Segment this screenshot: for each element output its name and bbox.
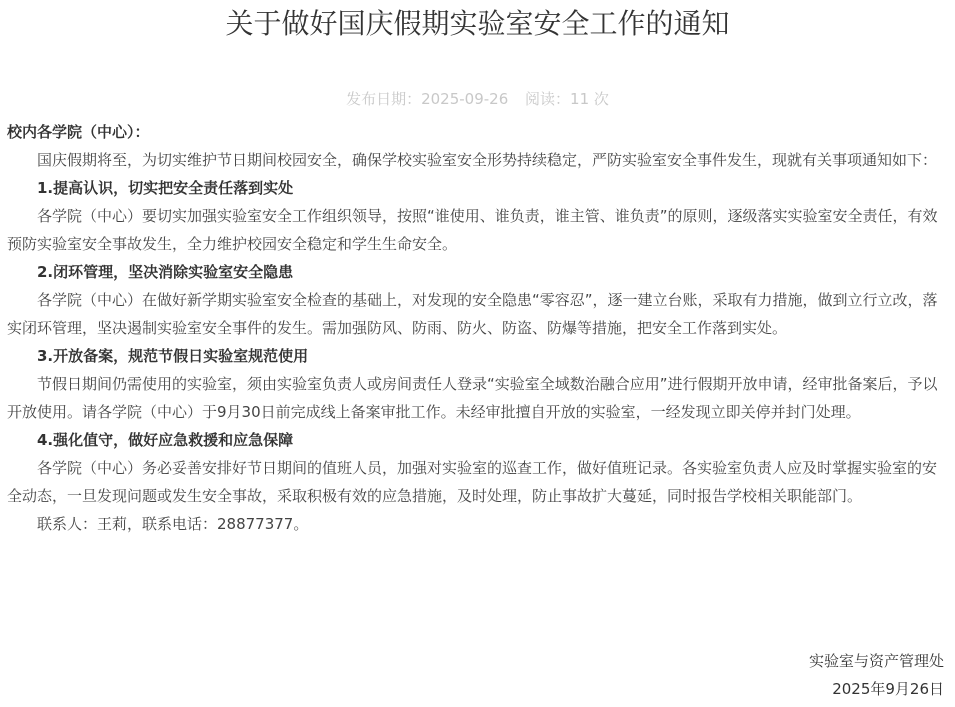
section-heading-2: 2.闭环管理，坚决消除实验室安全隐患	[7, 258, 947, 286]
section-heading-3: 3.开放备案，规范节假日实验室规范使用	[7, 342, 947, 370]
article-meta: 发布日期：2025-09-26 阅读：11 次	[0, 88, 955, 110]
section-body-4: 各学院（中心）务必妥善安排好节日期间的值班人员，加强对实验室的巡查工作，做好值班…	[7, 454, 947, 510]
publish-date: 发布日期：2025-09-26	[346, 90, 508, 108]
section-heading-4: 4.强化值守，做好应急救援和应急保障	[7, 426, 947, 454]
signature-department: 实验室与资产管理处	[644, 648, 944, 674]
article-body: 校内各学院（中心）： 国庆假期将至，为切实维护节日期间校园安全，确保学校实验室安…	[7, 118, 947, 538]
read-count: 阅读：11 次	[525, 90, 609, 108]
page-title: 关于做好国庆假期实验室安全工作的通知	[0, 4, 955, 44]
section-body-1: 各学院（中心）要切实加强实验室安全工作组织领导，按照“谁使用、谁负责，谁主管、谁…	[7, 202, 947, 258]
contact-info: 联系人：王莉，联系电话：28877377。	[7, 510, 947, 538]
section-body-3: 节假日期间仍需使用的实验室，须由实验室负责人或房间责任人登录“实验室全域数治融合…	[7, 370, 947, 426]
intro-paragraph: 国庆假期将至，为切实维护节日期间校园安全，确保学校实验室安全形势持续稳定，严防实…	[7, 146, 947, 174]
section-heading-1: 1.提高认识，切实把安全责任落到实处	[7, 174, 947, 202]
signature-date: 2025年9月26日	[644, 676, 944, 702]
salutation: 校内各学院（中心）：	[7, 118, 947, 146]
section-body-2: 各学院（中心）在做好新学期实验室安全检查的基础上，对发现的安全隐患“零容忍”，逐…	[7, 286, 947, 342]
